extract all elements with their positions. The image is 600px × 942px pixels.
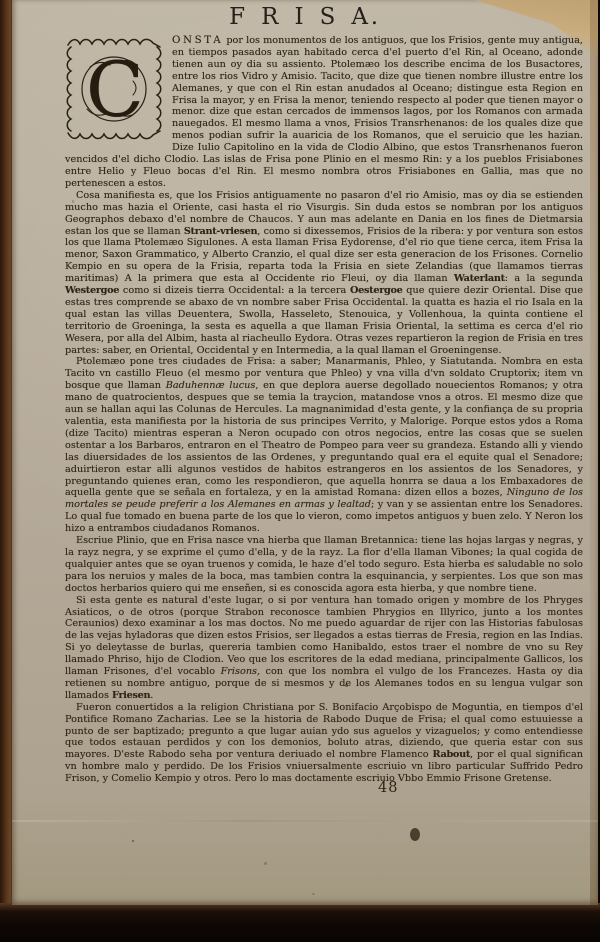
book-bottom-edge	[0, 903, 600, 942]
text-segment: Oestergoe	[350, 285, 403, 296]
text-segment: Friesen	[112, 690, 150, 701]
text-segment: .	[150, 690, 153, 701]
page-fore-edge	[590, 0, 598, 905]
woodcut-ornament-icon: C	[65, 37, 163, 141]
paragraph: Fueron conuertidos a la religion Christi…	[65, 702, 583, 785]
page-number: 48	[378, 780, 398, 796]
paragraph: Cosa manifiesta es, que los Frisios anti…	[65, 190, 583, 357]
text-segment: Si esta gente es natural d'este lugar, o…	[65, 595, 583, 677]
drop-cap-initial: C	[65, 37, 163, 141]
text-segment: Waterlant	[454, 273, 505, 284]
text-segment: Westergoe	[65, 285, 119, 296]
text-segment: como si dizeis tierra Occidental: a la t…	[119, 285, 350, 296]
text-segment: Strant-vriesen	[184, 226, 257, 237]
text-block: C ONSTA por los monumentos de los antigu…	[65, 35, 583, 785]
page-crease	[12, 820, 598, 822]
text-segment: Frisons,	[221, 666, 261, 677]
text-segment: Rabout	[433, 749, 471, 760]
paragraph: Ptolemæo pone tres ciudades de Frisa: a …	[65, 356, 583, 535]
text-segment: ONSTA	[172, 34, 223, 46]
text-segment: , en que deplora auerse degollado noueci…	[65, 380, 583, 498]
text-segment: : a la segunda	[505, 273, 583, 284]
text-segment: Baduhennæ lucus	[166, 380, 256, 391]
text-segment: Escriue Plinio, que en Frisa nasce vna h…	[65, 535, 583, 594]
page-title: F R I S A.	[12, 4, 598, 30]
paragraph: Escriue Plinio, que en Frisa nasce vna h…	[65, 535, 583, 595]
drop-cap-letter: C	[86, 45, 144, 134]
book-page: F R I S A. C ONSTA por los monumentos de…	[12, 0, 598, 905]
paragraph: Si esta gente es natural d'este lugar, o…	[65, 595, 583, 702]
